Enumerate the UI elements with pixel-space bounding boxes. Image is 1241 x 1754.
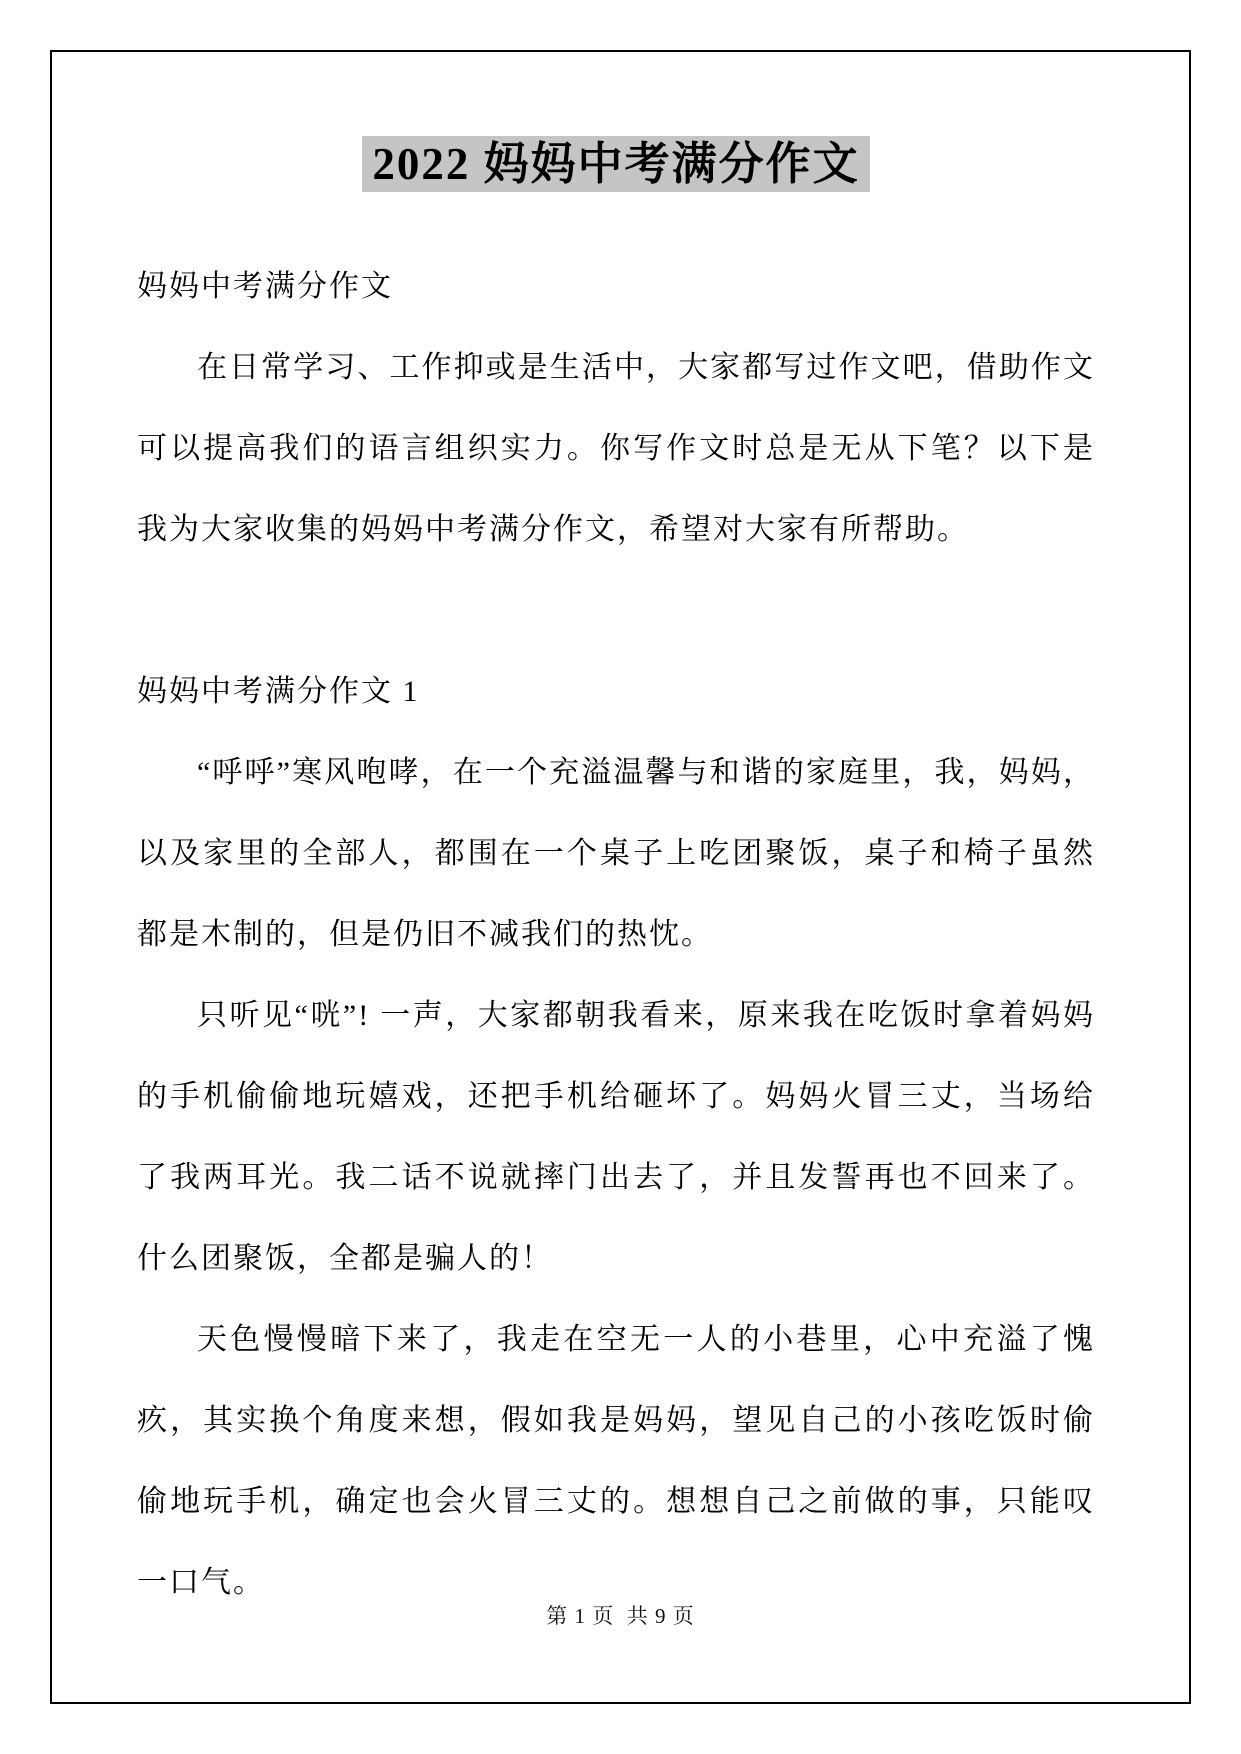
essay-paragraph-3: 天色慢慢暗下来了，我走在空无一人的小巷里，心中充溢了愧疚，其实换个角度来想，假如… bbox=[137, 1299, 1095, 1623]
intro-paragraph: 在日常学习、工作抑或是生活中，大家都写过作文吧，借助作文可以提高我们的语言组织实… bbox=[137, 327, 1095, 570]
essay-paragraph-1: “呼呼”寒风咆哮，在一个充溢温馨与和谐的家庭里，我，妈妈，以及家里的全部人，都围… bbox=[137, 732, 1095, 975]
section-heading: 妈妈中考满分作文 1 bbox=[137, 651, 1095, 732]
subtitle: 妈妈中考满分作文 bbox=[137, 246, 1095, 327]
document-content: 2022 妈妈中考满分作文 妈妈中考满分作文 在日常学习、工作抑或是生活中，大家… bbox=[137, 0, 1095, 1623]
page-footer: 第 1 页 共 9 页 bbox=[0, 1600, 1241, 1630]
title-highlight: 2022 妈妈中考满分作文 bbox=[362, 136, 869, 192]
essay-paragraph-2: 只听见“咣”! 一声，大家都朝我看来，原来我在吃饭时拿着妈妈的手机偷偷地玩嬉戏，… bbox=[137, 975, 1095, 1299]
document-title: 2022 妈妈中考满分作文 bbox=[137, 132, 1095, 196]
